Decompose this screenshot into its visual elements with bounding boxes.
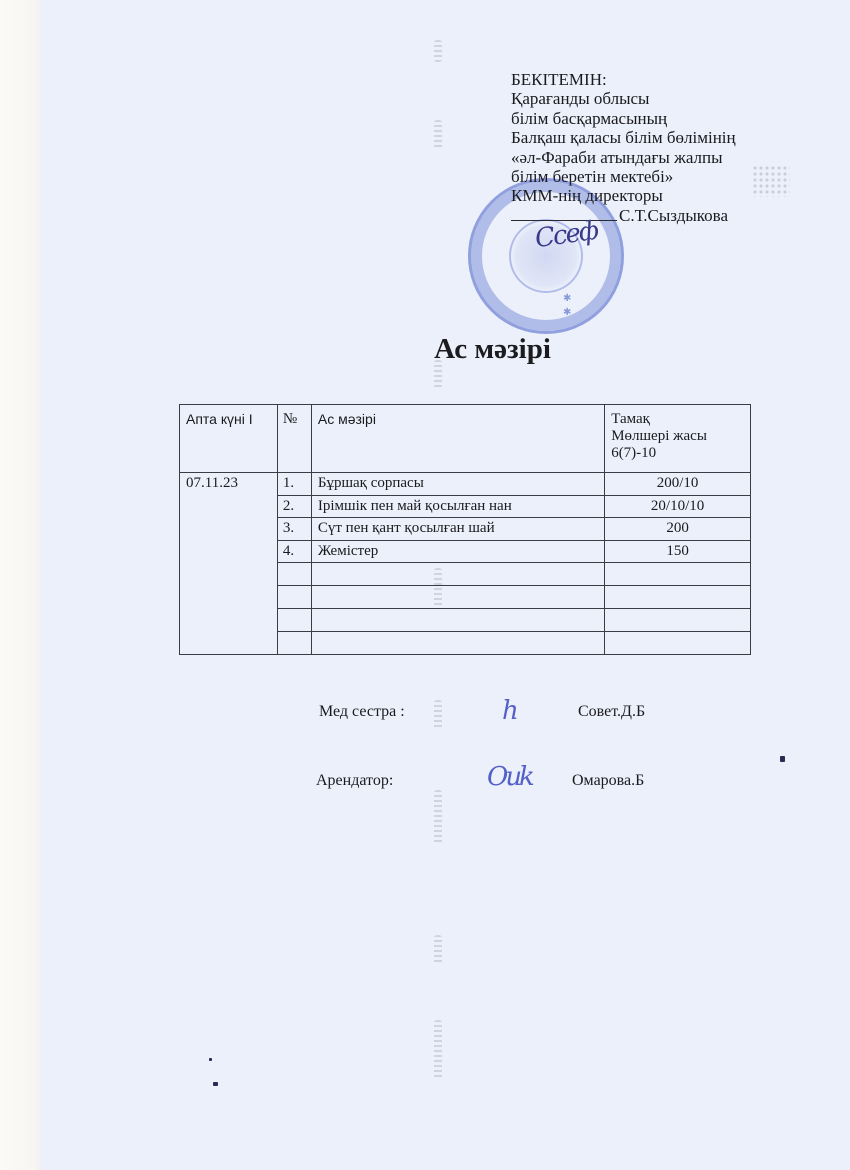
table-header-row: Апта күні I № Ас мәзірі Тамақ Мөлшері жа… bbox=[180, 405, 751, 473]
director-name: С.Т.Сыздыкова bbox=[619, 206, 728, 225]
stamp-star-icon: ✱ bbox=[563, 293, 571, 304]
menu-table: Апта күні I № Ас мәзірі Тамақ Мөлшері жа… bbox=[179, 404, 751, 655]
approval-block: БЕКІТЕМІН: Қарағанды облысы білім басқар… bbox=[511, 70, 736, 225]
table-row: 07.11.23 1. Бұршақ сорпасы 200/10 bbox=[180, 473, 751, 496]
dish-name: Бұршақ сорпасы bbox=[311, 473, 604, 496]
tenant-name: Омарова.Б bbox=[572, 772, 644, 790]
scan-artifact bbox=[434, 935, 442, 965]
scan-artifact bbox=[434, 700, 442, 730]
tenant-label: Арендатор: bbox=[316, 772, 393, 790]
nurse-signature: h bbox=[502, 696, 519, 726]
nurse-label: Мед сестра : bbox=[319, 703, 405, 721]
approval-line: білім басқармасының bbox=[511, 109, 736, 128]
approval-line: Балқаш қаласы білім бөлімінің bbox=[511, 128, 736, 147]
dish-name: Сүт пен қант қосылған шай bbox=[311, 518, 604, 541]
scan-artifact bbox=[434, 120, 442, 150]
scan-artifact bbox=[434, 40, 442, 62]
ink-dot bbox=[780, 756, 785, 762]
row-number: 4. bbox=[277, 540, 311, 563]
date-cell: 07.11.23 bbox=[180, 473, 278, 655]
portion-value: 200/10 bbox=[605, 473, 751, 496]
dish-name: Жемістер bbox=[311, 540, 604, 563]
ink-dot bbox=[209, 1058, 212, 1061]
approval-line: білім беретін мектебі» bbox=[511, 167, 736, 186]
ink-dot bbox=[213, 1082, 218, 1086]
row-number: 3. bbox=[277, 518, 311, 541]
scan-artifact bbox=[434, 1020, 442, 1080]
approval-line: «әл-Фараби атындағы жалпы bbox=[511, 148, 736, 167]
header-day: Апта күні I bbox=[180, 405, 278, 473]
tenant-signature: Ouk bbox=[487, 762, 532, 792]
header-menu: Ас мәзірі bbox=[311, 405, 604, 473]
dish-name: Ірімшік пен май қосылған нан bbox=[311, 495, 604, 518]
nurse-name: Совет.Д.Б bbox=[578, 703, 645, 721]
header-portion: Тамақ Мөлшері жасы 6(7)-10 bbox=[605, 405, 751, 473]
row-number: 2. bbox=[277, 495, 311, 518]
approval-line: КММ-нің директоры bbox=[511, 186, 736, 205]
page-title: Ас мәзірі bbox=[0, 333, 850, 366]
approval-line: Қарағанды облысы bbox=[511, 89, 736, 108]
portion-value: 20/10/10 bbox=[605, 495, 751, 518]
header-number: № bbox=[277, 405, 311, 473]
approval-heading: БЕКІТЕМІН: bbox=[511, 70, 736, 89]
row-number: 1. bbox=[277, 473, 311, 496]
scan-margin bbox=[0, 0, 42, 1170]
scan-artifact bbox=[752, 165, 790, 197]
portion-value: 150 bbox=[605, 540, 751, 563]
stamp-star-icon: ✱ bbox=[563, 307, 571, 318]
portion-value: 200 bbox=[605, 518, 751, 541]
scan-artifact bbox=[434, 790, 442, 845]
